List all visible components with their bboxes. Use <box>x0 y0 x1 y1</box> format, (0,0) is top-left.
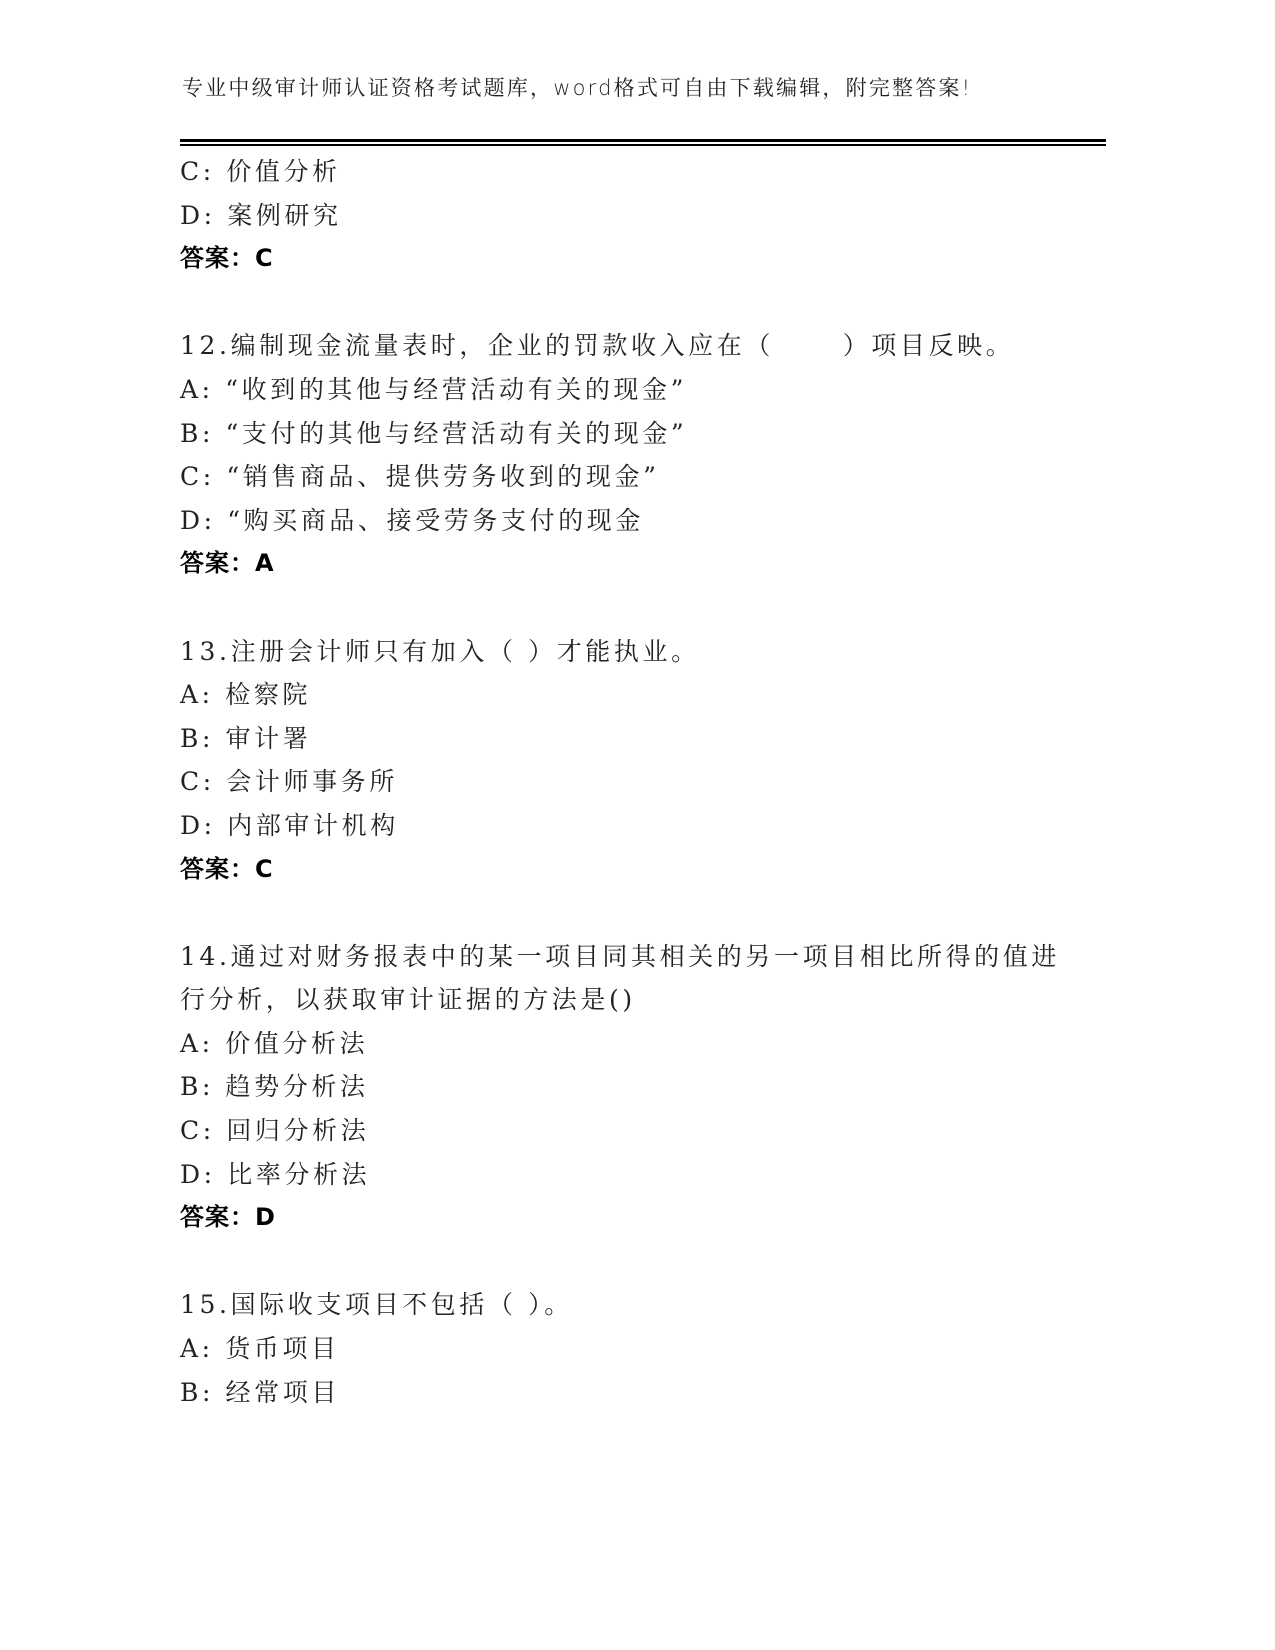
option-b: B: 经常项目 <box>180 1371 1040 1415</box>
option-a: A: 货币项目 <box>180 1327 1040 1371</box>
answer-line: 答案：D <box>180 1196 1040 1240</box>
option-b: B: 趋势分析法 <box>180 1065 1040 1109</box>
question-15: 15.国际收支项目不包括（ ）。 A: 货币项目 B: 经常项目 <box>180 1283 1040 1414</box>
question-stem: 13.注册会计师只有加入（ ）才能执业。 <box>180 630 1040 674</box>
option-d: D: 内部审计机构 <box>180 804 1040 848</box>
option-a: A: “收到的其他与经营活动有关的现金” <box>180 368 1040 412</box>
question-stem-continuation: 行分析，以获取审计证据的方法是() <box>180 978 1040 1022</box>
spacer <box>180 281 1040 325</box>
answer-line: 答案：C <box>180 237 1040 281</box>
question-stem: 15.国际收支项目不包括（ ）。 <box>180 1283 1040 1327</box>
question-11-tail: C: 价值分析 D: 案例研究 答案：C <box>180 150 1040 281</box>
answer-line: 答案：A <box>180 542 1040 586</box>
page-header: 专业中级审计师认证资格考试题库，word格式可自由下载编辑，附完整答案! <box>182 72 972 102</box>
option-d: D: “购买商品、接受劳务支付的现金 <box>180 499 1040 543</box>
spacer <box>180 586 1040 630</box>
option-a: A: 价值分析法 <box>180 1022 1040 1066</box>
option-d: D: 案例研究 <box>180 194 1040 238</box>
option-c: C: 回归分析法 <box>180 1109 1040 1153</box>
option-a: A: 检察院 <box>180 673 1040 717</box>
document-body: C: 价值分析 D: 案例研究 答案：C 12.编制现金流量表时，企业的罚款收入… <box>180 150 1040 1414</box>
question-14: 14.通过对财务报表中的某一项目同其相关的另一项目相比所得的值进 行分析，以获取… <box>180 935 1040 1240</box>
spacer <box>180 1240 1040 1284</box>
option-c: C: 会计师事务所 <box>180 760 1040 804</box>
option-b: B: “支付的其他与经营活动有关的现金” <box>180 412 1040 456</box>
option-b: B: 审计署 <box>180 717 1040 761</box>
header-divider-thin <box>180 144 1106 146</box>
option-d: D: 比率分析法 <box>180 1153 1040 1197</box>
option-c: C: 价值分析 <box>180 150 1040 194</box>
option-c: C: “销售商品、提供劳务收到的现金” <box>180 455 1040 499</box>
question-stem: 14.通过对财务报表中的某一项目同其相关的另一项目相比所得的值进 <box>180 935 1040 979</box>
answer-line: 答案：C <box>180 848 1040 892</box>
question-stem: 12.编制现金流量表时，企业的罚款收入应在（ ）项目反映。 <box>180 324 1040 368</box>
question-13: 13.注册会计师只有加入（ ）才能执业。 A: 检察院 B: 审计署 C: 会计… <box>180 630 1040 892</box>
question-12: 12.编制现金流量表时，企业的罚款收入应在（ ）项目反映。 A: “收到的其他与… <box>180 324 1040 586</box>
spacer <box>180 891 1040 935</box>
header-divider-thick <box>180 139 1106 142</box>
